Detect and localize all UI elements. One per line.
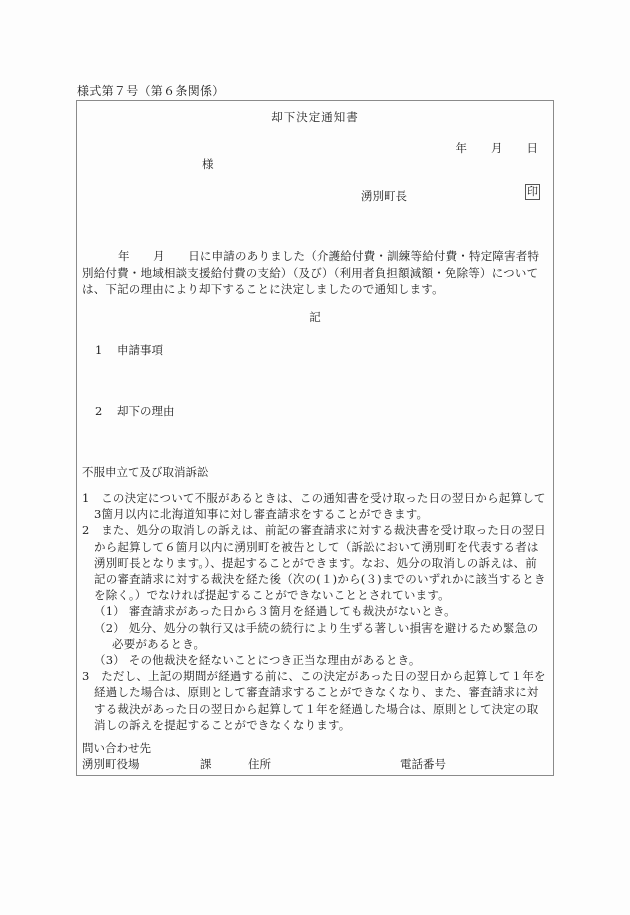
- item-application-matter: 1申請事項: [95, 342, 163, 358]
- ki-heading: 記: [77, 309, 553, 325]
- note-number: 3: [82, 669, 90, 683]
- item-number: 1: [95, 343, 117, 357]
- note-2: 2 また、処分の取消しの訴えは、前記の審査請求に対する裁決書を受け取った日の翌日…: [82, 522, 547, 603]
- contact-section: 課: [200, 756, 248, 772]
- date-month: 月: [491, 140, 503, 156]
- sub-note-text: その他裁決を経ないことにつき正当な理由があるとき。: [129, 653, 421, 667]
- notice-body-paragraph: 年 月 日に申請のありました（介護給付費・訓練等給付費・特定障害者特別給付費・地…: [82, 248, 547, 298]
- sub-note-1: （1） 審査請求があった日から３箇月を経過しても裁決がないとき。: [82, 603, 547, 619]
- item-label: 却下の理由: [117, 404, 175, 418]
- item-label: 申請事項: [117, 343, 163, 357]
- sub-note-2: （2） 処分、処分の執行又は手続の続行により生ずる著しい損害を避けるため緊急の必…: [82, 620, 547, 652]
- note-number: 2: [82, 523, 90, 537]
- note-1: 1 この決定について不服があるときは、この通知書を受け取った日の翌日から起算して…: [82, 490, 547, 522]
- appeal-heading: 不服申立て及び取消訴訟: [82, 464, 209, 480]
- item-number: 2: [95, 404, 117, 418]
- sub-note-text: 審査請求があった日から３箇月を経過しても裁決がないとき。: [129, 604, 456, 618]
- appeal-notes: 1 この決定について不服があるときは、この通知書を受け取った日の翌日から起算して…: [82, 490, 547, 733]
- contact-phone-label: 電話番号: [400, 756, 446, 772]
- seal-stamp-icon: 印: [525, 184, 540, 200]
- contact-office: 湧別町役場: [82, 756, 200, 772]
- notice-document-frame: 却下決定通知書 年月日 様 湧別町長 印 年 月 日に申請のありました（介護給付…: [76, 100, 554, 776]
- item-rejection-reason: 2却下の理由: [95, 403, 175, 419]
- sub-note-3: （3） その他裁決を経ないことにつき正当な理由があるとき。: [82, 652, 547, 668]
- sub-note-number: （3）: [94, 653, 125, 667]
- issue-date: 年月日: [456, 140, 539, 156]
- sub-note-number: （1）: [94, 604, 125, 618]
- note-number: 1: [82, 491, 90, 505]
- issuer-name: 湧別町長: [361, 188, 407, 204]
- note-3: 3 ただし、上記の期間が経過する前に、この決定があった日の翌日から起算して１年を…: [82, 668, 547, 733]
- note-text: この決定について不服があるときは、この通知書を受け取った日の翌日から起算して3箇…: [94, 491, 546, 521]
- contact-heading: 問い合わせ先: [82, 740, 151, 756]
- contact-details: 湧別町役場課住所電話番号: [82, 756, 446, 772]
- note-text: また、処分の取消しの訴えは、前記の審査請求に対する裁決書を受け取った日の翌日から…: [94, 523, 546, 602]
- sub-note-number: （2）: [94, 621, 125, 635]
- sub-note-text: 処分、処分の執行又は手続の続行により生ずる著しい損害を避けるため緊急の必要がある…: [112, 621, 538, 651]
- form-number-label: 様式第７号（第６条関係）: [77, 82, 225, 99]
- recipient-honorific: 様: [202, 156, 214, 172]
- date-day: 日: [527, 140, 539, 156]
- date-year: 年: [456, 140, 468, 156]
- notice-body-text: 年 月 日に申請のありました（介護給付費・訓練等給付費・特定障害者特別給付費・地…: [82, 249, 539, 296]
- document-title: 却下決定通知書: [77, 109, 553, 125]
- contact-address-label: 住所: [248, 756, 400, 772]
- note-text: ただし、上記の期間が経過する前に、この決定があった日の翌日から起算して１年を経過…: [94, 669, 546, 732]
